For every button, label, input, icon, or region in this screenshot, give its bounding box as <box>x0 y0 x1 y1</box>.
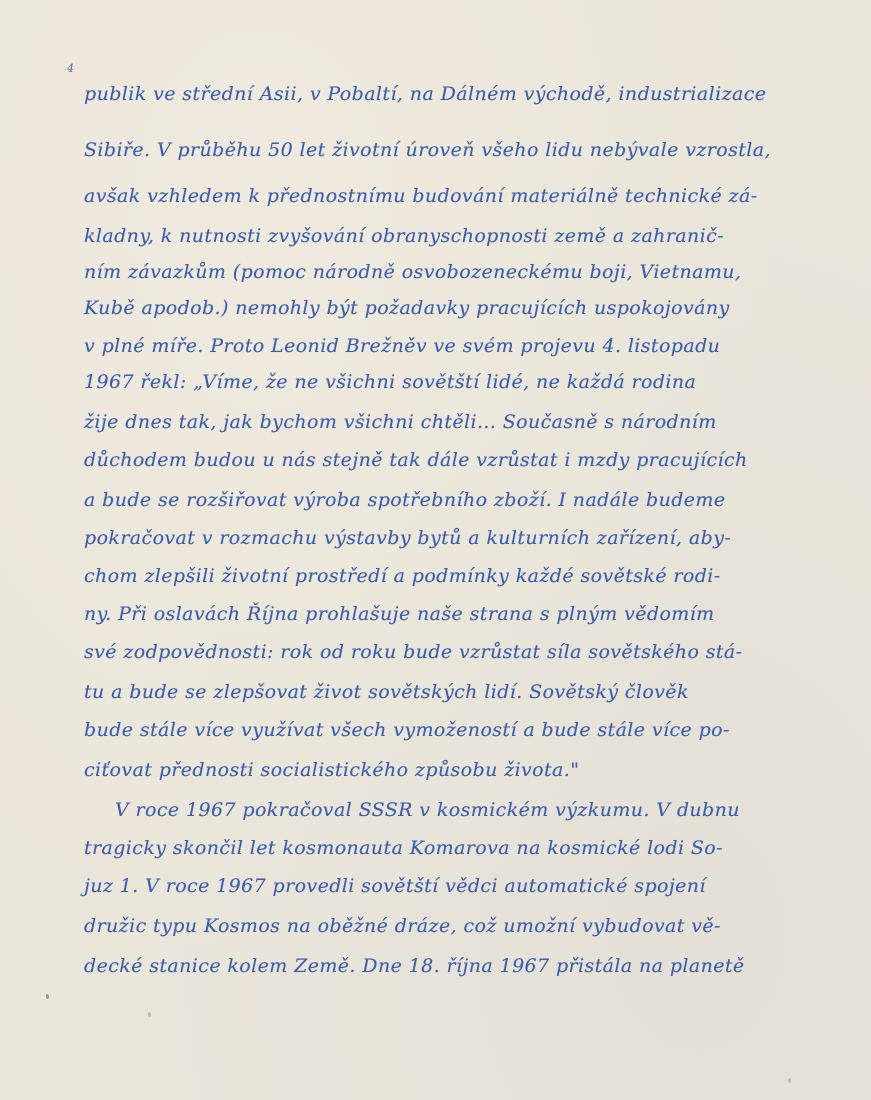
text-line: ciťovat přednosti socialistického způsob… <box>84 758 824 782</box>
text-line: tragicky skončil let kosmonauta Komarova… <box>84 836 824 860</box>
text-line: V roce 1967 pokračoval SSSR v kosmickém … <box>115 798 855 822</box>
text-line: decké stanice kolem Země. Dne 18. října … <box>84 954 824 978</box>
text-line: družic typu Kosmos na oběžné dráze, což … <box>84 914 824 938</box>
text-line: kladny, k nutnosti zvyšování obranyschop… <box>84 224 824 248</box>
text-line: juz 1. V roce 1967 provedli sovětští věd… <box>84 874 824 898</box>
text-line: žije dnes tak, jak bychom všichni chtěli… <box>84 410 824 434</box>
text-line: Sibiře. V průběhu 50 let životní úroveň … <box>84 138 824 162</box>
page-number: 4 <box>67 62 74 75</box>
text-line: ny. Při oslavách Října prohlašuje naše s… <box>84 602 824 626</box>
text-line: své zodpovědnosti: rok od roku bude vzrů… <box>84 640 824 664</box>
handwritten-page: 4 publik ve střední Asii, v Pobaltí, na … <box>0 0 871 1100</box>
text-line: a bude se rozšiřovat výroba spotřebního … <box>84 488 824 512</box>
text-line: 1967 řekl: „Víme, že ne všichni sovětští… <box>84 370 824 394</box>
paper-speck <box>46 994 49 999</box>
text-line: ním závazkům (pomoc národně osvobozeneck… <box>84 260 824 284</box>
text-line: publik ve střední Asii, v Pobaltí, na Dá… <box>84 82 824 106</box>
text-line: tu a bude se zlepšovat život sovětských … <box>84 680 824 704</box>
text-line: důchodem budou u nás stejně tak dále vzr… <box>84 448 824 472</box>
paper-speck <box>148 1012 151 1017</box>
text-line: chom zlepšili životní prostředí a podmín… <box>84 564 824 588</box>
text-line: Kubě apodob.) nemohly být požadavky prac… <box>84 296 824 320</box>
paper-speck <box>788 1078 791 1083</box>
text-line: pokračovat v rozmachu výstavby bytů a ku… <box>84 526 824 550</box>
text-line: avšak vzhledem k přednostnímu budování m… <box>84 184 824 208</box>
text-line: v plné míře. Proto Leonid Brežněv ve své… <box>84 334 824 358</box>
text-line: bude stále více využívat všech vymoženos… <box>84 718 824 742</box>
